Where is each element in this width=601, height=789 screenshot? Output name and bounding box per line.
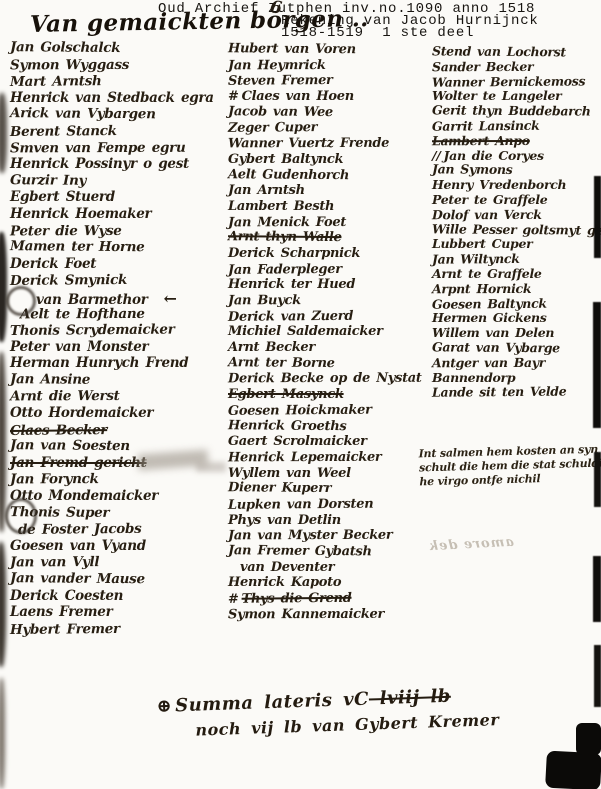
manuscript-line: van Deventer (240, 560, 430, 576)
photocopy-corner-blob (545, 751, 601, 789)
line-text: Symon Wyggass (10, 57, 129, 73)
line-text: Dolof van Verck (432, 207, 542, 222)
summa-footer: ⊕Summa lateris vC lviij lbnoch vij lb va… (156, 684, 500, 748)
line-text: Laens Fremer (10, 604, 112, 620)
line-text: Bannendorp (432, 370, 515, 385)
manuscript-line: Otto Hordemaicker (10, 405, 226, 422)
line-text: Arnt die Werst (10, 388, 120, 404)
manuscript-line: Wyllem van Weel (228, 466, 430, 482)
manuscript-line: Derick Coesten (10, 588, 226, 605)
line-text: Summa lateris vC (175, 689, 370, 717)
pen-mark: # (228, 89, 239, 104)
manuscript-line: Goesen van Vyand (10, 538, 226, 555)
line-text: Claes Becker (10, 422, 107, 439)
line-text: Hybert Fremer (10, 621, 120, 638)
manuscript-line: Jan vander Mause (10, 570, 226, 588)
photocopy-blotch-left (0, 93, 7, 173)
line-text: Goesen Hoickmaker (228, 402, 372, 418)
manuscript-line: Derick Foet (10, 256, 226, 273)
manuscript-line: Lupken van Dorsten (228, 496, 430, 513)
manuscript-line: Peter van Monster (10, 339, 226, 356)
manuscript-line: Egbert Masynck (228, 387, 430, 403)
pen-flourish-loop (6, 286, 36, 316)
line-text: van Deventer (240, 560, 334, 575)
manuscript-line: Jan Buyck (228, 293, 430, 309)
line-text: Jan Menick Foet (228, 215, 346, 230)
line-text: Gaert Scrolmaicker (228, 434, 367, 449)
line-text: Phys van Detlin (228, 513, 341, 528)
margin-annotation: Int salmen hem kosten an synschult die h… (418, 443, 601, 490)
line-text: Hermen Gickens (432, 310, 547, 325)
name-column-left: Jan GolschalckSymon WyggassMart ArntshHe… (10, 40, 226, 637)
line-text: Aelt te Hofthane (20, 305, 145, 321)
manuscript-line: Zeger Cuper (228, 120, 430, 137)
pen-mark: # (228, 592, 239, 607)
manuscript-line: //Jan die Coryes (432, 148, 600, 163)
line-text: Derick Foet (10, 256, 96, 272)
manuscript-line: Gerit thyn Buddebarch (432, 103, 600, 119)
line-text: Mamen ter Horne (10, 238, 145, 255)
manuscript-line: Hubert van Voren (228, 41, 430, 58)
line-text-tail: lviij lb (369, 686, 452, 710)
line-text: Derick Becke op de Nystat (228, 371, 422, 387)
manuscript-line: Derick Smynick (10, 271, 226, 289)
manuscript-line: Arnt die Werst (10, 388, 226, 405)
manuscript-line: Wanner Bernickemoss (432, 73, 600, 89)
line-text: Lupken van Dorsten (228, 497, 373, 513)
line-text: Henrick Groeths (228, 418, 347, 434)
line-text: Goesen van Vyand (10, 538, 146, 554)
line-text: Egbert Stuerd (10, 189, 115, 205)
photocopy-blotch-left (0, 352, 6, 532)
line-text: Jacob van Wee (228, 104, 333, 120)
manuscript-line: Phys van Detlin (228, 513, 430, 529)
manuscript-line: Dolof van Verck (432, 206, 600, 221)
manuscript-line: Berent Stanck (10, 122, 226, 140)
line-text: Arnt te Graffele (432, 266, 542, 281)
line-text: Henrick Lepemaicker (228, 450, 382, 466)
line-text: Wolter te Langeler (432, 88, 561, 103)
manuscript-line: Henrick Hoemaker (10, 206, 226, 223)
line-text: Jan Faderpleger (228, 262, 342, 278)
manuscript-line: Arnt Becker (228, 340, 430, 356)
manuscript-line: Lubbert Cuper (432, 236, 600, 251)
manuscript-line: Henrick ter Hued (228, 277, 430, 293)
line-text: Stend van Lochorst (432, 43, 566, 59)
manuscript-line: Jan Menick Foet (228, 214, 430, 230)
manuscript-line: Steven Fremer (228, 72, 430, 89)
manuscript-line: Jan Wiltynck (432, 250, 600, 266)
line-text: Lande sit ten Velde (432, 384, 566, 400)
manuscript-line: Lande sit ten Velde (432, 384, 600, 400)
manuscript-line: Aelt te Hofthane (20, 305, 226, 322)
manuscript-line: Herman Hunrych Frend (10, 355, 226, 372)
manuscript-line: Henrick Groeths (228, 418, 430, 435)
manuscript-line: Jan Faderpleger (228, 261, 430, 278)
line-text: Derick Scharpnick (228, 246, 360, 261)
manuscript-line: Wolter te Langeler (432, 88, 600, 103)
manuscript-line: Henrick van Stedback egra (10, 90, 226, 107)
line-text: Egbert Masynck (228, 387, 344, 402)
line-text: Wille Pesser goltsmyt gest (432, 221, 601, 237)
photocopy-bar-right (593, 556, 601, 622)
bleed-through-text: amore dek (428, 535, 515, 554)
manuscript-line: Lambert Anpo (432, 132, 600, 147)
line-text: he virgo ontfe nichil (419, 472, 540, 488)
line-text: Jan van Vyll (10, 554, 99, 570)
line-text: Henrick Hoemaker (10, 206, 151, 222)
line-text: Lambert Anpo (432, 133, 530, 148)
line-text: Arnt Becker (228, 340, 315, 355)
line-text: Lubbert Cuper (432, 236, 532, 251)
photocopy-corner-blob (576, 723, 601, 755)
line-text: Garat van Vybarge (432, 339, 560, 355)
manuscript-line: Arick van Vybargen (10, 106, 226, 124)
manuscript-line: Arpnt Hornick (432, 280, 600, 295)
manuscript-line: Gybert Baltynck (228, 152, 430, 168)
line-text: Wanner Vuertz Frende (228, 136, 389, 152)
scanned-document-page: Oud Archief Zutphen inv.no.1090 anno 151… (0, 0, 601, 789)
manuscript-line: Henrick Possinyr o gest (10, 156, 226, 173)
manuscript-line: Wille Pesser goltsmyt gest (432, 221, 600, 237)
line-text: Symon Kannemaicker (228, 607, 384, 623)
line-text: Peter die Wyse (10, 223, 122, 239)
line-text: Hubert van Voren (228, 41, 356, 57)
line-text: Sander Becker (432, 59, 533, 74)
manuscript-line: Thonis Super (10, 504, 226, 522)
line-text: de Foster Jacobs (18, 521, 142, 538)
line-text: Derick Coesten (10, 588, 123, 604)
line-text: Berent Stanck (10, 123, 117, 140)
line-text: Willem van Delen (432, 325, 554, 340)
manuscript-line: Jan Golschalck (10, 39, 226, 57)
line-text: Aelt Gudenhorch (228, 167, 349, 183)
manuscript-line: Egbert Stuerd (10, 189, 226, 206)
manuscript-line: Jan Heymrick (228, 57, 430, 73)
manuscript-line: Hermen Gickens (432, 310, 600, 325)
line-text: Arnt ter Borne (228, 355, 335, 371)
line-text: Derick van Zuerd (228, 308, 353, 324)
manuscript-line: Derick Becke op de Nystat (228, 371, 430, 387)
manuscript-line: Henry Vredenborch (432, 177, 600, 192)
manuscript-line: Lambert Besth (228, 199, 430, 215)
manuscript-line: Laens Fremer (10, 604, 226, 621)
manuscript-line: Arnt thyn Walle (228, 229, 430, 246)
line-text: Smven van Fempe egru (10, 139, 186, 156)
line-text: Gurzir Iny (10, 172, 86, 189)
manuscript-line: Symon Kannemaicker (228, 606, 430, 622)
manuscript-line: Stend van Lochorst (432, 43, 600, 59)
photocopy-bar-right (594, 176, 601, 258)
manuscript-line: #Thys die Grend (228, 590, 430, 607)
manuscript-line: Smven van Fempe egru (10, 139, 226, 156)
line-text: Jan Arntsh (228, 183, 305, 198)
line-text: Jan Ansine (10, 371, 90, 388)
manuscript-line: Goesen Hoickmaker (228, 402, 430, 419)
ink-speck (196, 462, 226, 472)
line-text: Jan Forynck (10, 472, 99, 488)
line-text: Henrick Possinyr o gest (10, 156, 189, 172)
manuscript-line: Diener Kuperr (228, 480, 430, 497)
manuscript-line: Derick van Zuerd (228, 308, 430, 325)
line-text: Diener Kuperr (228, 480, 331, 496)
manuscript-line: Arnt ter Borne (228, 355, 430, 372)
manuscript-line: Gaert Scrolmaicker (228, 434, 430, 450)
manuscript-line: Mart Arntsh (10, 72, 226, 90)
photocopy-bar-right (593, 302, 601, 428)
photocopy-blotch-left (0, 232, 7, 342)
manuscript-line: Mamen ter Horne (10, 238, 226, 256)
manuscript-line: van Barmethor← (36, 289, 226, 306)
manuscript-line: Jan Ansine (10, 371, 226, 389)
manuscript-line: Symon Wyggass (10, 56, 226, 73)
line-text: Zeger Cuper (228, 121, 317, 137)
manuscript-line: Jan Fremer Gybatsh (228, 543, 430, 560)
manuscript-line: Jan Symons (432, 162, 600, 178)
line-text: Jan Wiltynck (432, 251, 520, 267)
line-text: Jan vander Mause (10, 570, 145, 587)
photocopy-bar-right (594, 645, 601, 707)
line-text: Goesen Baltynck (432, 295, 547, 311)
line-text: Thonis Scrydemaicker (10, 322, 175, 339)
line-text: Lambert Besth (228, 199, 334, 214)
manuscript-line: Otto Mondemaicker (10, 488, 226, 505)
line-text: Jan van Myster Becker (228, 528, 392, 544)
manuscript-line: Jan van Vyll (10, 554, 226, 571)
pen-flourish-loop (5, 498, 37, 534)
manuscript-line: Bannendorp (432, 370, 600, 385)
manuscript-line: Hybert Fremer (10, 620, 226, 638)
line-text: Thys die Grend (242, 591, 352, 607)
line-text: Jan die Coryes (444, 148, 544, 163)
line-text: Arick van Vybargen (10, 106, 156, 123)
line-text: Herman Hunrych Frend (10, 355, 188, 371)
line-text: Gerit thyn Buddebarch (432, 103, 591, 119)
manuscript-line: de Foster Jacobs (18, 520, 226, 538)
line-text: Jan Golschalck (10, 39, 120, 56)
pen-mark: ⊕ (156, 695, 172, 717)
line-text: Arnt thyn Walle (228, 229, 342, 245)
manuscript-line: Willem van Delen (432, 325, 600, 340)
pen-mark: // (432, 148, 441, 163)
line-text: Henrick van Stedback egra (10, 90, 214, 106)
manuscript-line: Peter te Graffele (432, 192, 600, 207)
line-text: Arpnt Hornick (432, 281, 531, 296)
manuscript-line: Jan van Myster Becker (228, 528, 430, 544)
manuscript-line: Michiel Saldemaicker (228, 324, 430, 340)
manuscript-line: Antger van Bayr (432, 354, 600, 369)
line-text: Claes van Hoen (242, 89, 354, 104)
photocopy-bar-right (594, 452, 601, 507)
manuscript-line: Sander Becker (432, 59, 600, 74)
manuscript-line: Thonis Scrydemaicker (10, 321, 226, 339)
photocopy-blotch-left (0, 678, 5, 789)
line-text: Jan Fremer Gybatsh (228, 543, 372, 559)
manuscript-line: Garrit Lansinck (432, 117, 600, 133)
manuscript-line: Jan Forynck (10, 471, 226, 488)
line-text: Otto Hordemaicker (10, 405, 153, 421)
manuscript-line: Derick Scharpnick (228, 246, 430, 262)
line-text: Michiel Saldemaicker (228, 324, 383, 339)
manuscript-line: #Claes van Hoen (228, 89, 430, 105)
line-text: Wanner Bernickemoss (432, 73, 585, 89)
line-text: Henrick Kapoto (228, 575, 341, 590)
manuscript-line: Arnt te Graffele (432, 266, 600, 281)
manuscript-line: Aelt Gudenhorch (228, 167, 430, 184)
manuscript-line: Garat van Vybarge (432, 339, 600, 355)
line-text: Jan van Soesten (10, 437, 130, 454)
line-text: Otto Mondemaicker (10, 488, 158, 504)
line-text: Mart Arntsh (10, 73, 102, 90)
line-text: Henry Vredenborch (432, 177, 566, 192)
line-text: Peter van Monster (10, 339, 148, 355)
line-text: Henrick ter Hued (228, 277, 355, 292)
line-text: Jan Heymrick (228, 58, 326, 73)
name-column-middle: Hubert van VorenJan HeymrickSteven Freme… (228, 42, 430, 622)
line-text: Jan Fremd gericht (10, 455, 147, 471)
line-text: Antger van Bayr (432, 355, 545, 370)
manuscript-line: Henrick Kapoto (228, 575, 430, 591)
manuscript-line: Henrick Lepemaicker (228, 450, 430, 466)
name-column-right: Stend van LochorstSander BeckerWanner Be… (432, 44, 600, 399)
line-text: Steven Fremer (228, 73, 333, 89)
line-text: Jan Buyck (228, 293, 301, 308)
line-text: Jan Symons (432, 162, 513, 178)
line-text: Peter te Graffele (432, 192, 547, 207)
manuscript-line: Gurzir Iny (10, 172, 226, 190)
line-text: Gybert Baltynck (228, 152, 343, 167)
manuscript-line: Jan Arntsh (228, 183, 430, 199)
line-text: Garrit Lansinck (432, 118, 540, 134)
photocopy-blotch-left (0, 542, 6, 667)
manuscript-line: Wanner Vuertz Frende (228, 136, 430, 152)
line-text: Wyllem van Weel (228, 466, 351, 481)
manuscript-line: Peter die Wyse (10, 222, 226, 239)
manuscript-line: Goesen Baltynck (432, 295, 600, 311)
